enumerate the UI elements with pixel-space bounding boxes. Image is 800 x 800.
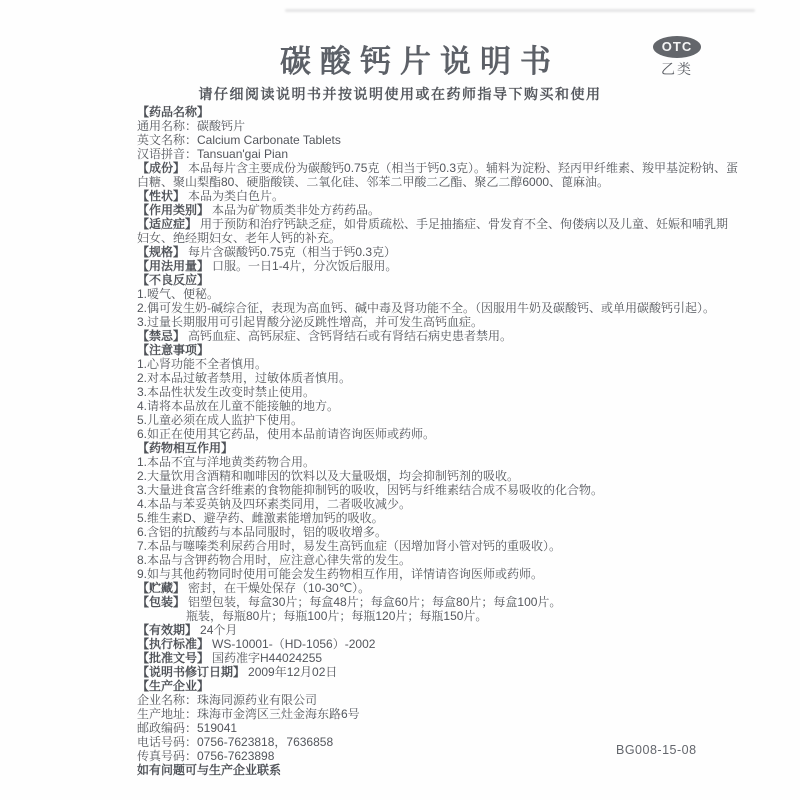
doc-line-interactions-header: 【药物相互作用】: [137, 441, 739, 455]
doc-line-adverse-3: 3.过量长期服用可引起胃酸分泌反跳性增高，并可发生高钙血症。: [137, 315, 739, 329]
doc-line-interaction-4: 4.本品与苯妥英钠及四环素类同用，二者吸收减少。: [137, 497, 739, 511]
doc-line-interaction-8: 8.本品与含钾药物合用时，应注意心律失常的发生。: [137, 553, 739, 567]
doc-line-standard: 【执行标准】WS-10001-（HD-1056）-2002: [137, 637, 739, 651]
doc-line-ingredients: 【成份】本品每片含主要成份为碳酸钙0.75克（相当于钙0.3克）。辅料为淀粉、羟…: [137, 161, 739, 189]
doc-line-postal-code: 邮政编码：519041: [137, 721, 739, 735]
otc-badge-icon: OTC: [653, 36, 701, 58]
doc-line-pinyin: 汉语拼音：Tansuan'gai Pian: [137, 147, 739, 161]
doc-line-packaging-bottle: 瓶装，每瓶80片；每瓶100片；每瓶120片；每瓶150片。: [137, 609, 739, 623]
otc-mark: OTC 乙类: [651, 36, 703, 79]
doc-line-adverse-2: 2.偶可发生奶-碱综合征，表现为高血钙、碱中毒及肾功能不全。（因服用牛奶及碳酸钙…: [137, 301, 739, 315]
doc-line-contraindications: 【禁忌】高钙血症、高钙尿症、含钙肾结石或有肾结石病史患者禁用。: [137, 329, 739, 343]
doc-line-company-name: 企业名称：珠海同源药业有限公司: [137, 693, 739, 707]
doc-line-revision-date: 【说明书修订日期】2009年12月02日: [137, 665, 739, 679]
doc-line-indications: 【适应症】用于预防和治疗钙缺乏症，如骨质疏松、手足抽搐症、骨发育不全、佝偻病以及…: [137, 217, 739, 245]
doc-line-precaution-4: 4.请将本品放在儿童不能接触的地方。: [137, 399, 739, 413]
scan-artifact: [285, 9, 755, 12]
doc-line-interaction-3: 3.大量进食富含纤维素的食物能抑制钙的吸收，因钙与纤维素结合成不易吸收的化合物。: [137, 483, 739, 497]
doc-line-strength: 【规格】每片含碳酸钙0.75克（相当于钙0.3克）: [137, 245, 739, 259]
otc-class-label: 乙类: [651, 59, 703, 79]
doc-line-interaction-6: 6.含铝的抗酸药与本品同服时，铝的吸收增多。: [137, 525, 739, 539]
doc-line-packaging: 【包装】铝塑包装，每盒30片；每盒48片；每盒60片；每盒80片；每盒100片。: [137, 595, 739, 609]
doc-line-drug-name-header: 【药品名称】: [137, 105, 739, 119]
doc-line-english-name: 英文名称：Calcium Carbonate Tablets: [137, 133, 739, 147]
doc-line-interaction-2: 2.大量饮用含酒精和咖啡因的饮料以及大量吸烟，均会抑制钙剂的吸收。: [137, 469, 739, 483]
doc-line-shelf-life: 【有效期】24个月: [137, 623, 739, 637]
page-title: 碳酸钙片说明书: [120, 36, 720, 81]
doc-line-address: 生产地址：珠海市金湾区三灶金海东路6号: [137, 707, 739, 721]
leaflet-page: 碳酸钙片说明书 OTC 乙类 请仔细阅读说明书并按说明使用或在药师指导下购买和使…: [0, 0, 800, 800]
doc-line-storage: 【贮藏】密封，在干燥处保存（10-30℃）。: [137, 581, 739, 595]
doc-line-generic-name: 通用名称：碳酸钙片: [137, 119, 739, 133]
doc-line-adverse-header: 【不良反应】: [137, 273, 739, 287]
doc-line-precaution-1: 1.心肾功能不全者慎用。: [137, 357, 739, 371]
doc-line-interaction-7: 7.本品与噻嗪类利尿药合用时，易发生高钙血症（因增加肾小管对钙的重吸收）。: [137, 539, 739, 553]
doc-line-adverse-1: 1.嗳气、便秘。: [137, 287, 739, 301]
doc-line-dosage: 【用法用量】口服。一日1-4片，分次饭后服用。: [137, 259, 739, 273]
doc-line-category: 【作用类别】本品为矿物质类非处方药药品。: [137, 203, 739, 217]
doc-line-interaction-5: 5.维生素D、避孕药、雌激素能增加钙的吸收。: [137, 511, 739, 525]
usage-advisory: 请仔细阅读说明书并按说明使用或在药师指导下购买和使用: [0, 84, 800, 104]
doc-line-precaution-5: 5.儿童必须在成人监护下使用。: [137, 413, 739, 427]
doc-line-precaution-6: 6.如正在使用其它药品，使用本品前请咨询医师或药师。: [137, 427, 739, 441]
doc-line-approval-number: 【批准文号】国药准字H44024255: [137, 651, 739, 665]
doc-line-interaction-1: 1.本品不宜与洋地黄类药物合用。: [137, 455, 739, 469]
form-code: BG008-15-08: [616, 743, 697, 757]
doc-line-contact-note: 如有问题可与生产企业联系: [137, 763, 739, 777]
doc-line-manufacturer-header: 【生产企业】: [137, 679, 739, 693]
leaflet-body: 【药品名称】 通用名称：碳酸钙片 英文名称：Calcium Carbonate …: [137, 105, 739, 777]
doc-line-precaution-2: 2.对本品过敏者禁用，过敏体质者慎用。: [137, 371, 739, 385]
doc-line-precautions-header: 【注意事项】: [137, 343, 739, 357]
doc-line-interaction-9: 9.如与其他药物同时使用可能会发生药物相互作用，详情请咨询医师或药师。: [137, 567, 739, 581]
doc-line-description: 【性状】本品为类白色片。: [137, 189, 739, 203]
doc-line-precaution-3: 3.本品性状发生改变时禁止使用。: [137, 385, 739, 399]
